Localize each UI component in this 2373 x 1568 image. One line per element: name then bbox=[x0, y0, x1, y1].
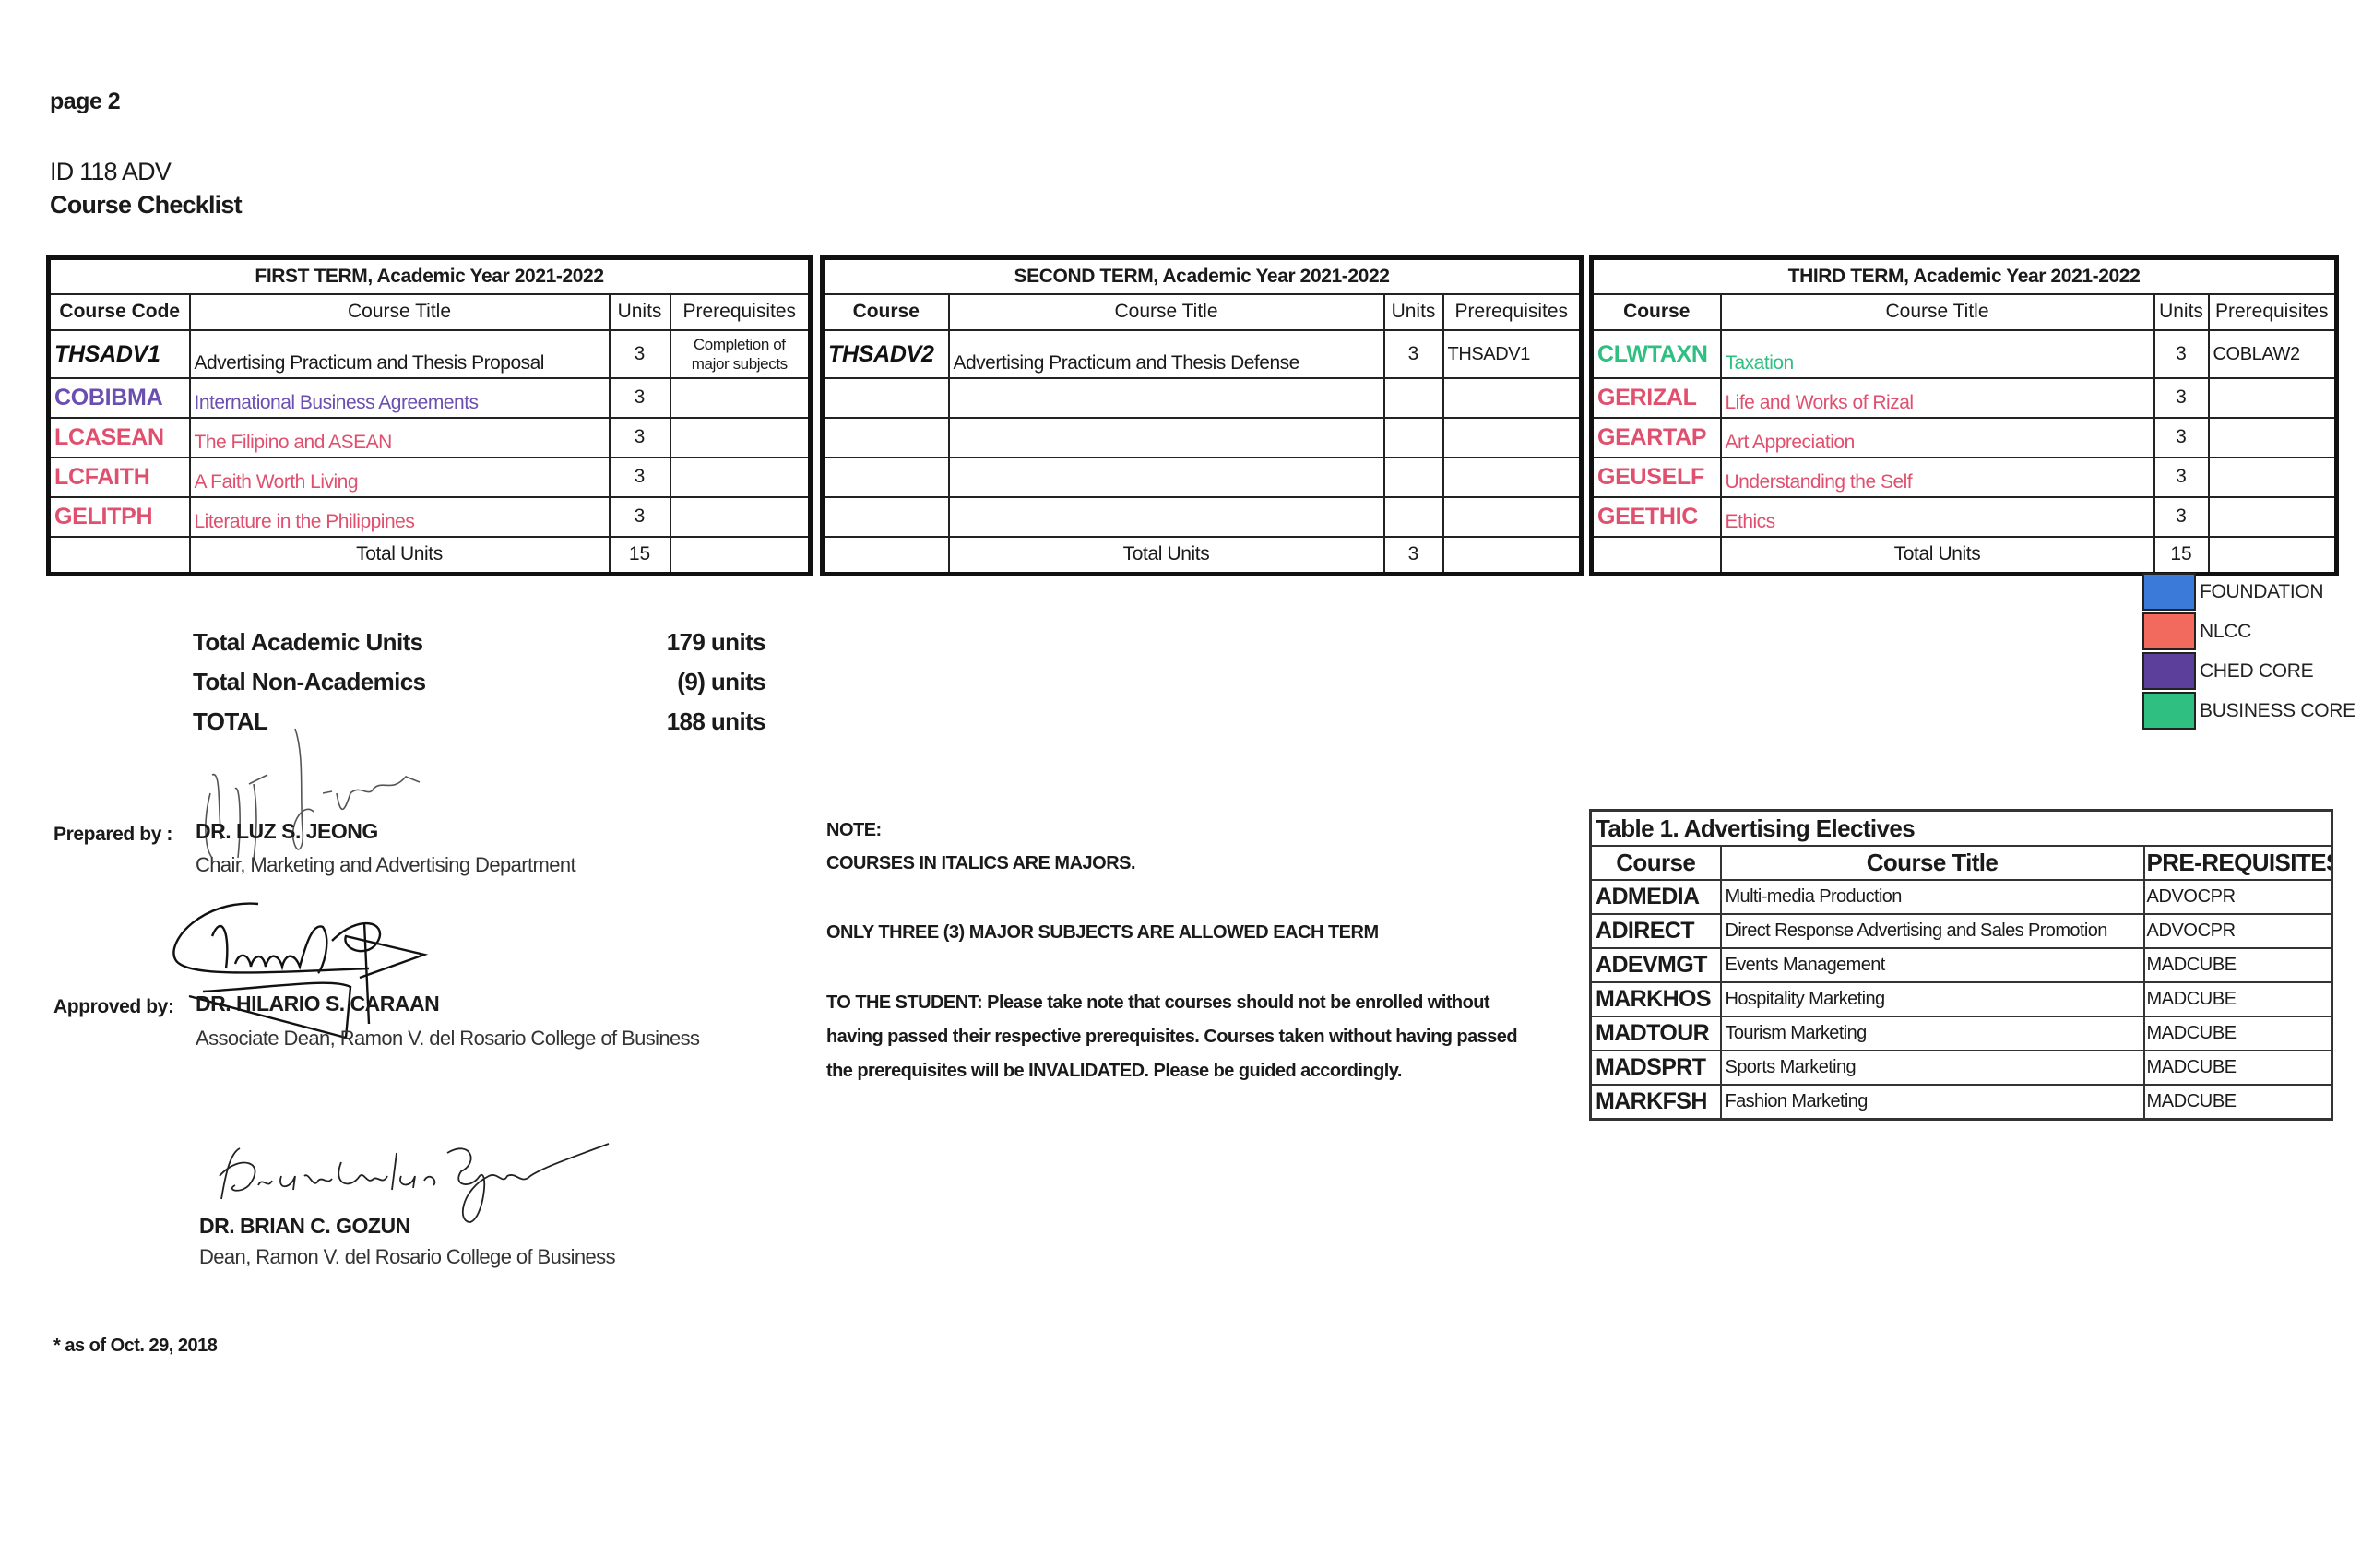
dean-name: DR. BRIAN C. GOZUN bbox=[199, 1214, 410, 1239]
course-code: LCFAITH bbox=[49, 457, 190, 497]
course-prerequisites: THSADV1 bbox=[1443, 330, 1582, 378]
total-units-label: Total Units bbox=[949, 537, 1384, 575]
course-row: GEETHICEthics3 bbox=[1592, 497, 2337, 537]
course-prerequisites bbox=[670, 378, 811, 418]
term-title-row: FIRST TERM, Academic Year 2021-2022 bbox=[49, 258, 811, 295]
course-prerequisites bbox=[670, 457, 811, 497]
course-units: 3 bbox=[2154, 418, 2209, 457]
course-code: GEUSELF bbox=[1592, 457, 1721, 497]
elective-prerequisite: ADVOCPR bbox=[2144, 914, 2332, 948]
header-prerequisites: Prerequisites bbox=[2209, 294, 2337, 330]
course-row: GERIZALLife and Works of Rizal3 bbox=[1592, 378, 2337, 418]
course-title bbox=[949, 418, 1384, 457]
elective-prerequisite: MADCUBE bbox=[2144, 1051, 2332, 1085]
course-units: 3 bbox=[610, 330, 670, 378]
course-row: GEARTAPArt Appreciation3 bbox=[1592, 418, 2337, 457]
category-legend: FOUNDATIONNLCCCHED COREBUSINESS CORE bbox=[2142, 572, 2355, 731]
prepared-by-label: Prepared by : bbox=[53, 824, 172, 846]
header-course-code: Course Code bbox=[49, 294, 190, 330]
course-prerequisites bbox=[1443, 418, 1582, 457]
course-units bbox=[1384, 457, 1443, 497]
note-major-limit: ONLY THREE (3) MAJOR SUBJECTS ARE ALLOWE… bbox=[826, 922, 1379, 944]
total-units-value: 15 bbox=[610, 537, 670, 575]
elective-code: MARKFSH bbox=[1591, 1085, 1721, 1120]
total-units-label: Total Units bbox=[190, 537, 610, 575]
header-course-code: Course bbox=[1592, 294, 1721, 330]
electives-header-prerequisites: PRE-REQUISITES bbox=[2144, 846, 2332, 880]
course-title: Literature in the Philippines bbox=[190, 497, 610, 537]
note-heading: NOTE: bbox=[826, 820, 882, 841]
course-units: 3 bbox=[2154, 378, 2209, 418]
legend-label: CHED CORE bbox=[2200, 660, 2313, 683]
document-title: Course Checklist bbox=[50, 191, 242, 220]
course-code: GEETHIC bbox=[1592, 497, 1721, 537]
course-title: The Filipino and ASEAN bbox=[190, 418, 610, 457]
total-prereq-blank-cell bbox=[670, 537, 811, 575]
electives-header-row: Course Course Title PRE-REQUISITES bbox=[1591, 846, 2332, 880]
total-prereq-blank-cell bbox=[1443, 537, 1582, 575]
course-row bbox=[823, 418, 1582, 457]
legend-label: NLCC bbox=[2200, 621, 2251, 643]
legend-swatch bbox=[2142, 573, 2196, 611]
elective-row: MARKHOSHospitality MarketingMADCUBE bbox=[1591, 982, 2332, 1016]
course-prerequisites bbox=[670, 497, 811, 537]
prepared-by-name: DR. LUZ S. JEONG bbox=[196, 819, 378, 844]
advertising-electives-table: Table 1. Advertising Electives Course Co… bbox=[1589, 809, 2333, 1121]
elective-title: Hospitality Marketing bbox=[1721, 982, 2144, 1016]
total-units-label: Total Units bbox=[1721, 537, 2154, 575]
elective-title: Direct Response Advertising and Sales Pr… bbox=[1721, 914, 2144, 948]
total-blank-cell bbox=[1592, 537, 1721, 575]
elective-title: Events Management bbox=[1721, 948, 2144, 982]
course-code: THSADV1 bbox=[49, 330, 190, 378]
course-title: Advertising Practicum and Thesis Proposa… bbox=[190, 330, 610, 378]
term-title-row: THIRD TERM, Academic Year 2021-2022 bbox=[1592, 258, 2337, 295]
term-title: THIRD TERM, Academic Year 2021-2022 bbox=[1592, 258, 2337, 295]
legend-item: BUSINESS CORE bbox=[2142, 691, 2355, 731]
elective-row: MADSPRTSports MarketingMADCUBE bbox=[1591, 1051, 2332, 1085]
total-prereq-blank-cell bbox=[2209, 537, 2337, 575]
program-id: ID 118 ADV bbox=[50, 158, 171, 186]
header-prerequisites: Prerequisites bbox=[670, 294, 811, 330]
course-row: THSADV1Advertising Practicum and Thesis … bbox=[49, 330, 811, 378]
elective-code: ADIRECT bbox=[1591, 914, 1721, 948]
course-code bbox=[823, 497, 949, 537]
elective-prerequisite: MADCUBE bbox=[2144, 982, 2332, 1016]
course-units bbox=[1384, 378, 1443, 418]
total-units-value: 3 bbox=[1384, 537, 1443, 575]
course-title: Taxation bbox=[1721, 330, 2154, 378]
elective-row: ADEVMGTEvents ManagementMADCUBE bbox=[1591, 948, 2332, 982]
course-prerequisites bbox=[1443, 457, 1582, 497]
course-row bbox=[823, 497, 1582, 537]
elective-row: ADIRECTDirect Response Advertising and S… bbox=[1591, 914, 2332, 948]
approved-by-label: Approved by: bbox=[53, 996, 174, 1018]
total-units-value: 15 bbox=[2154, 537, 2209, 575]
elective-title: Sports Marketing bbox=[1721, 1051, 2144, 1085]
total-blank-cell bbox=[823, 537, 949, 575]
course-code: GELITPH bbox=[49, 497, 190, 537]
course-units: 3 bbox=[2154, 497, 2209, 537]
course-units: 3 bbox=[610, 378, 670, 418]
course-title: International Business Agreements bbox=[190, 378, 610, 418]
course-prerequisites bbox=[2209, 457, 2337, 497]
course-prerequisites bbox=[1443, 497, 1582, 537]
legend-item: CHED CORE bbox=[2142, 651, 2355, 691]
term-title-row: SECOND TERM, Academic Year 2021-2022 bbox=[823, 258, 1582, 295]
course-code: LCASEAN bbox=[49, 418, 190, 457]
course-row: THSADV2Advertising Practicum and Thesis … bbox=[823, 330, 1582, 378]
course-code: CLWTAXN bbox=[1592, 330, 1721, 378]
total-non-academics-value: (9) units bbox=[646, 668, 765, 696]
elective-code: ADEVMGT bbox=[1591, 948, 1721, 982]
total-academic-units-label: Total Academic Units bbox=[193, 628, 423, 657]
course-row: COBIBMAInternational Business Agreements… bbox=[49, 378, 811, 418]
elective-row: MADTOURTourism MarketingMADCUBE bbox=[1591, 1016, 2332, 1051]
total-blank-cell bbox=[49, 537, 190, 575]
course-units: 3 bbox=[1384, 330, 1443, 378]
course-code: GERIZAL bbox=[1592, 378, 1721, 418]
total-units-row: Total Units15 bbox=[49, 537, 811, 575]
header-course-title: Course Title bbox=[190, 294, 610, 330]
header-units: Units bbox=[610, 294, 670, 330]
course-units: 3 bbox=[2154, 457, 2209, 497]
course-title: Art Appreciation bbox=[1721, 418, 2154, 457]
note-italics-majors: COURSES IN ITALICS ARE MAJORS. bbox=[826, 853, 1135, 874]
electives-caption-row: Table 1. Advertising Electives bbox=[1591, 811, 2332, 847]
elective-row: MARKFSHFashion MarketingMADCUBE bbox=[1591, 1085, 2332, 1120]
course-title: A Faith Worth Living bbox=[190, 457, 610, 497]
course-row: LCASEANThe Filipino and ASEAN3 bbox=[49, 418, 811, 457]
course-units: 3 bbox=[2154, 330, 2209, 378]
approved-by-name: DR. HILARIO S. CARAAN bbox=[196, 992, 439, 1016]
signature-approved-by bbox=[148, 885, 498, 1042]
note-student-notice: TO THE STUDENT: Please take note that co… bbox=[826, 986, 1527, 1088]
approved-by-title: Associate Dean, Ramon V. del Rosario Col… bbox=[196, 1027, 699, 1051]
header-course-title: Course Title bbox=[949, 294, 1384, 330]
grand-total-value: 188 units bbox=[646, 707, 765, 736]
second-term-table: SECOND TERM, Academic Year 2021-2022Cour… bbox=[820, 255, 1584, 576]
column-header-row: Course CodeCourse TitleUnitsPrerequisite… bbox=[49, 294, 811, 330]
course-row: GEUSELFUnderstanding the Self3 bbox=[1592, 457, 2337, 497]
course-code bbox=[823, 418, 949, 457]
course-prerequisites bbox=[2209, 378, 2337, 418]
course-prerequisites bbox=[2209, 497, 2337, 537]
header-course-title: Course Title bbox=[1721, 294, 2154, 330]
elective-prerequisite: MADCUBE bbox=[2144, 1085, 2332, 1120]
first-term-table: FIRST TERM, Academic Year 2021-2022Cours… bbox=[46, 255, 813, 576]
elective-title: Tourism Marketing bbox=[1721, 1016, 2144, 1051]
legend-item: FOUNDATION bbox=[2142, 572, 2355, 612]
course-units: 3 bbox=[610, 497, 670, 537]
header-units: Units bbox=[1384, 294, 1443, 330]
legend-item: NLCC bbox=[2142, 612, 2355, 651]
elective-code: MADTOUR bbox=[1591, 1016, 1721, 1051]
course-row: LCFAITHA Faith Worth Living3 bbox=[49, 457, 811, 497]
course-title bbox=[949, 497, 1384, 537]
elective-title: Fashion Marketing bbox=[1721, 1085, 2144, 1120]
total-units-row: Total Units15 bbox=[1592, 537, 2337, 575]
course-row: CLWTAXNTaxation3COBLAW2 bbox=[1592, 330, 2337, 378]
course-code: THSADV2 bbox=[823, 330, 949, 378]
electives-header-course: Course bbox=[1591, 846, 1721, 880]
course-prerequisites bbox=[670, 418, 811, 457]
course-prerequisites: Completion of major subjects bbox=[670, 330, 811, 378]
column-header-row: CourseCourse TitleUnitsPrerequisites bbox=[823, 294, 1582, 330]
course-prerequisites bbox=[2209, 418, 2337, 457]
term-title: FIRST TERM, Academic Year 2021-2022 bbox=[49, 258, 811, 295]
elective-code: ADMEDIA bbox=[1591, 880, 1721, 914]
course-code bbox=[823, 457, 949, 497]
course-row: GELITPHLiterature in the Philippines3 bbox=[49, 497, 811, 537]
course-prerequisites bbox=[1443, 378, 1582, 418]
course-units: 3 bbox=[610, 418, 670, 457]
course-title bbox=[949, 378, 1384, 418]
course-title: Life and Works of Rizal bbox=[1721, 378, 2154, 418]
course-title bbox=[949, 457, 1384, 497]
header-prerequisites: Prerequisites bbox=[1443, 294, 1582, 330]
third-term-table: THIRD TERM, Academic Year 2021-2022Cours… bbox=[1589, 255, 2339, 576]
course-title: Advertising Practicum and Thesis Defense bbox=[949, 330, 1384, 378]
column-header-row: CourseCourse TitleUnitsPrerequisites bbox=[1592, 294, 2337, 330]
elective-prerequisite: MADCUBE bbox=[2144, 948, 2332, 982]
legend-swatch bbox=[2142, 692, 2196, 730]
elective-row: ADMEDIAMulti-media ProductionADVOCPR bbox=[1591, 880, 2332, 914]
dean-title: Dean, Ramon V. del Rosario College of Bu… bbox=[199, 1245, 615, 1269]
course-row bbox=[823, 457, 1582, 497]
revision-date-footnote: * as of Oct. 29, 2018 bbox=[53, 1336, 217, 1357]
course-code: GEARTAP bbox=[1592, 418, 1721, 457]
total-non-academics-label: Total Non-Academics bbox=[193, 668, 426, 696]
course-units bbox=[1384, 497, 1443, 537]
course-title: Understanding the Self bbox=[1721, 457, 2154, 497]
course-units: 3 bbox=[610, 457, 670, 497]
elective-code: MARKHOS bbox=[1591, 982, 1721, 1016]
header-units: Units bbox=[2154, 294, 2209, 330]
legend-label: BUSINESS CORE bbox=[2200, 700, 2355, 722]
legend-swatch bbox=[2142, 612, 2196, 650]
elective-title: Multi-media Production bbox=[1721, 880, 2144, 914]
course-prerequisites: COBLAW2 bbox=[2209, 330, 2337, 378]
header-course-code: Course bbox=[823, 294, 949, 330]
elective-prerequisite: ADVOCPR bbox=[2144, 880, 2332, 914]
course-code bbox=[823, 378, 949, 418]
course-units bbox=[1384, 418, 1443, 457]
total-academic-units-value: 179 units bbox=[646, 628, 765, 657]
prepared-by-title: Chair, Marketing and Advertising Departm… bbox=[196, 853, 575, 877]
page-number: page 2 bbox=[50, 89, 120, 115]
electives-caption: Table 1. Advertising Electives bbox=[1591, 811, 2332, 847]
course-title: Ethics bbox=[1721, 497, 2154, 537]
course-code: COBIBMA bbox=[49, 378, 190, 418]
course-row bbox=[823, 378, 1582, 418]
legend-label: FOUNDATION bbox=[2200, 581, 2323, 603]
total-units-row: Total Units3 bbox=[823, 537, 1582, 575]
elective-code: MADSPRT bbox=[1591, 1051, 1721, 1085]
term-title: SECOND TERM, Academic Year 2021-2022 bbox=[823, 258, 1582, 295]
legend-swatch bbox=[2142, 652, 2196, 690]
electives-header-title: Course Title bbox=[1721, 846, 2144, 880]
elective-prerequisite: MADCUBE bbox=[2144, 1016, 2332, 1051]
